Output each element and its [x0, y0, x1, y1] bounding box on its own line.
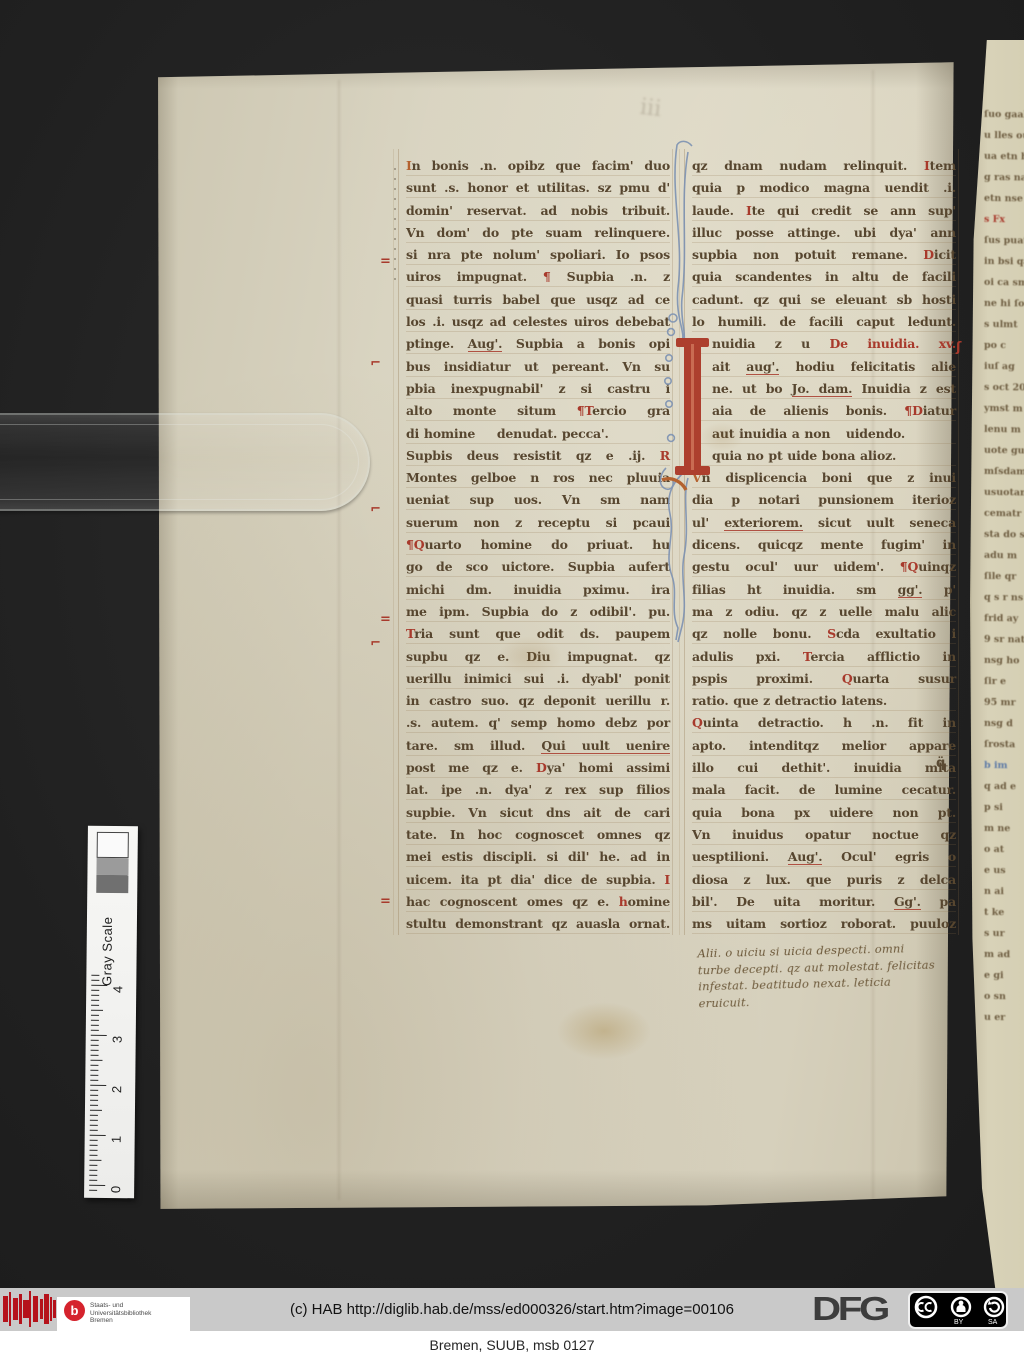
facing-page-text-line: uote gua	[964, 440, 1024, 462]
caption-strip: Bremen, SUUB, msb 0127	[0, 1331, 1024, 1358]
ruler-tick	[89, 1175, 97, 1176]
margin-mark: =	[380, 896, 391, 908]
ruler-tick	[89, 1190, 97, 1191]
cc-license-badge: BY SA	[908, 1291, 1008, 1329]
shelfmark-caption: Bremen, SUUB, msb 0127	[0, 1337, 1024, 1353]
pricking-dot	[394, 198, 396, 200]
manuscript-line: tare. sm illud. Qui uult uenire	[406, 735, 670, 757]
manuscript-line: ueniat sup uos. Vn sm nam	[406, 489, 670, 511]
manuscript-text: .s. autem. q' semp homo debz por	[406, 715, 670, 730]
manuscript-text: qz dnam nudam relinquit.	[692, 158, 924, 173]
ruler-tick	[91, 1050, 99, 1051]
ruler-tick	[90, 1070, 98, 1071]
ruler-tick	[90, 1125, 98, 1126]
manuscript-line: apto. intenditqz melior appare	[692, 735, 956, 757]
manuscript-text: michi dm. inuidia pximu. ira	[406, 582, 670, 597]
manuscript-line: Vn dom' do pte suam relinquere.	[406, 222, 670, 244]
manuscript-text: pa	[921, 894, 956, 909]
manuscript-line: gestu ocul' uur uidem'. ¶Quinqz	[692, 556, 956, 578]
manuscript-line: uiros impugnat. ¶ Supbia .n. z	[406, 266, 670, 288]
manuscript-text: p'	[922, 582, 956, 597]
facing-page-text-line: s ur	[964, 923, 1024, 945]
rubric-text: ¶	[900, 559, 908, 574]
page-holder-clamp	[0, 413, 370, 511]
ruler-tick	[90, 1060, 102, 1061]
manuscript-text: hac cognoscent omes qz e.	[406, 894, 619, 909]
manuscript-text: suerum non z receptu si pcaui	[406, 515, 670, 530]
manuscript-text: exteriorem.	[724, 515, 803, 531]
manuscript-line: In bonis .n. opibz que facim' duo	[406, 155, 670, 177]
manuscript-text: domin' reservat. ad nobis tribuit.	[406, 203, 670, 218]
cc-icon	[916, 1297, 936, 1317]
facing-page-text-line: q s r ns	[964, 587, 1024, 609]
manuscript-text: ms uitam sortioz roborat. puuloz	[692, 916, 956, 931]
rubric-text: D	[912, 403, 923, 418]
rubric-text: Q	[842, 671, 853, 686]
facing-page-text-line: sta do s	[964, 524, 1024, 546]
ruler-tick	[90, 1130, 98, 1131]
facing-page-text-line: b im	[964, 755, 1024, 777]
facing-page-text-line: nsg d	[964, 713, 1024, 735]
manuscript-text: Inuidia z est	[852, 381, 956, 396]
manuscript-text: aia de alienis bonis.	[712, 403, 904, 418]
manuscript-line: di homine denudat. pecca'.	[406, 423, 670, 445]
rubric-text: D	[923, 247, 934, 262]
manuscript-line: cadunt. qz qui se eleuant sb hosti	[692, 289, 956, 311]
manuscript-text: hodiu felicitatis alie	[779, 359, 956, 374]
facing-page-text-line: iuſ ag	[964, 356, 1024, 378]
facing-page-text-line: ſile qr	[964, 566, 1024, 588]
manuscript-line: bil'. De uita moritur. Gg'. pa	[692, 891, 956, 913]
manuscript-text: pspis proximi.	[692, 671, 842, 686]
manuscript-line: illo cui dethit'. inuidia mlta	[692, 757, 956, 779]
facing-page-text-line: g ras nab lo	[964, 167, 1024, 189]
margin-mark: =	[380, 256, 391, 268]
facing-page-text-line: q ad e	[964, 776, 1024, 798]
ruler-tick	[90, 1090, 98, 1091]
margin-mark: q̈	[936, 758, 945, 770]
manuscript-text: dia p notari punsionem iterioz	[692, 492, 956, 507]
ruler-tick	[91, 1035, 107, 1036]
pricking-dot	[394, 208, 396, 210]
rubric-text: h	[619, 894, 628, 909]
facing-page-text-line: ua etn be	[964, 146, 1024, 168]
manuscript-text: stultu demonstrant qz auasla ornat.	[406, 916, 670, 931]
manuscript-text: ait	[712, 359, 746, 374]
manuscript-text: si nra pte nolum' spoliari. Io psos	[406, 247, 670, 262]
manuscript-line: Montes gelboe n ros nec pluuia	[406, 467, 670, 489]
parchment-stain	[556, 1002, 652, 1060]
rubric-text: De inuidia. xv.	[829, 336, 956, 351]
dfg-logo: DFG	[812, 1289, 887, 1329]
manuscript-line: quasi turris babel que usqz ad ce	[406, 289, 670, 311]
ruler-tick	[91, 1045, 99, 1046]
pricking-dot	[394, 248, 396, 250]
margin-mark: ⌐	[370, 504, 381, 516]
faint-folio-mark: iii	[639, 95, 663, 122]
manuscript-text: cadunt. qz qui se eleuant sb hosti	[692, 292, 956, 307]
manuscript-line: ul' exteriorem. sicut uult seneca	[692, 512, 956, 534]
facing-page-text-line: e gi	[964, 965, 1024, 987]
pricking-dot	[394, 218, 396, 220]
gray-patch-white	[97, 832, 129, 858]
rubric-text: ¶	[406, 537, 414, 552]
facing-page-text-line: mſsdam	[964, 461, 1024, 483]
manuscript-text: ueniat sup uos. Vn sm nam	[406, 492, 670, 507]
manuscript-line: ms uitam sortioz roborat. puuloz	[692, 913, 956, 935]
parchment-stain	[498, 636, 562, 676]
facing-page-text-line: s Fx	[964, 209, 1024, 231]
manuscript-line: si nra pte nolum' spoliari. Io psos	[406, 244, 670, 266]
manuscript-line: hac cognoscent omes qz e. homine	[406, 891, 670, 913]
manuscript-line: adulis pxi. Tercia afflictio in	[692, 646, 956, 668]
ruler-tick	[91, 1025, 99, 1026]
pricking-dot	[394, 268, 396, 270]
manuscript-text: uinta detractio. h .n. fit in	[703, 715, 956, 730]
ruler-tick	[90, 1140, 98, 1141]
manuscript-text: bus insidiatur ut pereant. Vn su	[406, 359, 670, 374]
facing-page-text-line: ſrosta	[964, 734, 1024, 756]
manuscript-line: sunt .s. honor et utilitas. sz pmu d'	[406, 177, 670, 199]
by-icon	[952, 1298, 970, 1316]
facing-page-text-line: 95 mr	[964, 692, 1024, 714]
manuscript-text: lo humili. de facili caput ledunt.	[692, 314, 956, 329]
manuscript-line: quia bona px uidere non pt.	[692, 802, 956, 824]
manuscript-text: sicut uult seneca	[803, 515, 956, 530]
manuscript-text: n bonis .n. opibz que facim' duo	[412, 158, 670, 173]
manuscript-text: illuc posse attinge. ubi dya' ann	[692, 225, 956, 240]
manuscript-line: pbia inexpugnabil' z si castru i	[406, 378, 670, 400]
pricking-dot	[394, 168, 396, 170]
manuscript-line: ait aug'. hodiu felicitatis alie	[692, 356, 956, 378]
manuscript-text: supbie. Vn sicut dns ait de cari	[406, 805, 670, 820]
manuscript-text: los .i. usqz ad celestes uiros debebat	[406, 314, 670, 329]
manuscript-line: Supbis deus resistit qz e .ij. R	[406, 445, 670, 467]
margin-mark: ⌐	[370, 638, 381, 650]
parchment-crease	[338, 80, 340, 1200]
manuscript-text: omine	[628, 894, 670, 909]
manuscript-text: ptinge.	[406, 336, 468, 351]
manuscript-line: filias ht inuidia. sm gg'. p'	[692, 579, 956, 601]
ruler-tick	[90, 1075, 98, 1076]
ruler-tick	[91, 990, 99, 991]
ruler-tick	[90, 1065, 98, 1066]
ruler-tick	[91, 1015, 99, 1016]
manuscript-text: tate. In hoc cognoscet omnes qz	[406, 827, 670, 842]
ruler-tick	[89, 1160, 101, 1161]
margin-mark: =	[380, 614, 391, 626]
facing-page-text-line: s oct 20	[964, 377, 1024, 399]
manuscript-line: los .i. usqz ad celestes uiros debebat	[406, 311, 670, 333]
manuscript-line: supbia non potuit remane. Dicit	[692, 244, 956, 266]
facing-page-text-line: usuotam	[964, 482, 1024, 504]
manuscript-line: ptinge. Aug'. Supbia a bonis opi	[406, 333, 670, 355]
facing-page-text-line: lenu m ag	[964, 419, 1024, 441]
manuscript-text: filias ht inuidia. sm	[692, 582, 898, 597]
manuscript-text: go de sco uictore. Supbia aufert	[406, 559, 670, 574]
manuscript-text: icit	[934, 247, 956, 262]
manuscript-text: n displicencia boni que z inui	[702, 470, 957, 485]
facing-page-text-line: ſus puat.	[964, 230, 1024, 252]
manuscript-text: me ipm. Supbia do z odibil'. pu.	[406, 604, 670, 619]
ruler-tick-number: 4	[110, 977, 126, 993]
manuscript-line: dia p notari punsionem iterioz	[692, 489, 956, 511]
facing-page-text-line: u er	[964, 1007, 1024, 1029]
manuscript-line: uesptilioni. Aug'. Ocul' egris o	[692, 846, 956, 868]
rubric-text: D	[536, 760, 547, 775]
ruler-tick	[91, 1055, 99, 1056]
manuscript-line: aia de alienis bonis. ¶Diatur	[692, 400, 956, 422]
manuscript-text: quia bona px uidere non pt.	[692, 805, 956, 820]
manuscript-text: quia no pt uide bona alioz.	[712, 448, 896, 463]
manuscript-text: post me qz e.	[406, 760, 536, 775]
ruler-tick	[90, 1115, 98, 1116]
ruler-tick-number: 2	[109, 1077, 125, 1093]
facing-page-text-line: p si	[964, 797, 1024, 819]
facing-page-text-line: n ai	[964, 881, 1024, 903]
ruler-tick	[89, 1180, 97, 1181]
manuscript-text: Ocul' egris o	[822, 849, 956, 864]
ruler-tick	[91, 980, 99, 981]
manuscript-line: alto monte situm ¶Tercio gra	[406, 400, 670, 422]
ruler-tick	[90, 1095, 98, 1096]
facing-page-text-line: adu m	[964, 545, 1024, 567]
rubric-text: ¶	[543, 269, 551, 284]
facing-page-text-line: ne hi ſo	[964, 293, 1024, 315]
ruler-tick	[90, 1080, 98, 1081]
manuscript-line: ¶Quarto homine do priuat. hu	[406, 534, 670, 556]
manuscript-text: iatur	[923, 403, 956, 418]
facing-page-text-line: s ulmt	[964, 314, 1024, 336]
manuscript-line: michi dm. inuidia pximu. ira	[406, 579, 670, 601]
facing-page-text-line: o at	[964, 839, 1024, 861]
facing-page-text-line: etn nse ba	[964, 188, 1024, 210]
facing-page-text-line: 9 sr nat	[964, 629, 1024, 651]
red-initial-I	[675, 338, 710, 475]
pricking-dot	[394, 278, 396, 280]
manuscript-text: supbia non potuit remane.	[692, 247, 923, 262]
ruler-tick	[90, 1105, 98, 1106]
cc-sa-label: SA	[988, 1319, 997, 1326]
pricking-dot	[394, 178, 396, 180]
manuscript-line: laude. Ite qui credit se ann sup'	[692, 200, 956, 222]
manuscript-text: uarto homine do priuat. hu	[424, 537, 670, 552]
ruler-label: Gray Scale	[99, 898, 115, 986]
manuscript-text: Qui uult uenire	[541, 738, 670, 754]
ruler-tick	[89, 1155, 97, 1156]
manuscript-text: tem	[930, 158, 956, 173]
manuscript-text: di homine denudat. pecca'.	[406, 426, 609, 441]
pricking-dot	[394, 188, 396, 190]
manuscript-text: Gg'.	[894, 894, 921, 910]
manuscript-text: aug'.	[746, 359, 779, 375]
manuscript-line: lo humili. de facili caput ledunt.	[692, 311, 956, 333]
manuscript-text: Vn inuidus opatur noctue qz	[692, 827, 956, 842]
cc-by-sa-icons	[910, 1295, 1006, 1319]
digitized-manuscript-photo: ſuo gaabu lles ou yua etn beg ras nab lo…	[0, 0, 1024, 1358]
manuscript-line: .s. autem. q' semp homo debz por	[406, 712, 670, 734]
manuscript-line: tate. In hoc cognoscet omnes qz	[406, 824, 670, 846]
manuscript-line: uicem. ita pt dia' dice de supbia. I	[406, 869, 670, 891]
manuscript-line: mei estis discipli. si dil' he. ad in	[406, 846, 670, 868]
facing-page-text-line: ſir e	[964, 671, 1024, 693]
rubric-text: Q	[692, 715, 703, 730]
ruler-tick	[89, 1185, 105, 1186]
ruler-tick	[91, 995, 99, 996]
rubric-text: I	[664, 872, 670, 887]
manuscript-line: quia p modico magna uendit .i.	[692, 177, 956, 199]
facing-page-text-line: u lles ou y	[964, 125, 1024, 147]
manuscript-line: quia scandentes in altu de facili	[692, 266, 956, 288]
manuscript-line: pspis proximi. Quarta susur	[692, 668, 956, 690]
decorated-initial-flourish	[652, 138, 714, 658]
manuscript-text: uinqz	[918, 559, 956, 574]
manuscript-line: in castro suo. qz deponit uerillu r.	[406, 690, 670, 712]
manuscript-line: qz nolle bonu. Scda exultatio i	[692, 623, 956, 645]
ruler-ticks: 43210	[88, 826, 138, 827]
ruler-tick	[91, 1040, 99, 1041]
ruler-tick	[90, 1145, 98, 1146]
manuscript-text: ya' homi assimi	[547, 760, 670, 775]
manuscript-text: dicens. quicqz mente fugim' in	[692, 537, 956, 552]
rubric-text: T	[584, 403, 592, 418]
manuscript-text: Montes gelboe n ros nec pluuia	[406, 470, 670, 485]
manuscript-text: ne. ut bo	[712, 381, 792, 396]
manuscript-text: uesptilioni.	[692, 849, 788, 864]
facing-page-text-line: po c	[964, 335, 1024, 357]
manuscript-text: Jo. dam.	[792, 381, 853, 397]
manuscript-line: bus insidiatur ut pereant. Vn su	[406, 356, 670, 378]
manuscript-text: gg'.	[898, 582, 923, 598]
pricking-dot	[394, 258, 396, 260]
margin-mark: ʃ	[956, 342, 961, 354]
cc-by-label: BY	[954, 1319, 963, 1326]
ruler-tick-number: 3	[110, 1027, 126, 1043]
grayscale-ruler: Gray Scale 43210	[84, 826, 138, 1199]
manuscript-line: post me qz e. Dya' homi assimi	[406, 757, 670, 779]
manuscript-text: te qui credit se ann sup'	[752, 203, 956, 218]
facing-page-text-line: nsg ho	[964, 650, 1024, 672]
manuscript-line: ratio. que z detractio latens.	[692, 690, 956, 712]
manuscript-line: suerum non z receptu si pcaui	[406, 512, 670, 534]
marginal-note: Alii. o uiciu si uicia despecti. omnitur…	[697, 939, 973, 1012]
margin-mark: ⌐	[370, 358, 381, 370]
manuscript-text: mala facit. de lumine cecatur.	[692, 782, 956, 797]
facing-page-text-line: ymst m b	[964, 398, 1024, 420]
manuscript-text: mei estis discipli. si dil' he. ad in	[406, 849, 670, 864]
ruler-tick	[90, 1135, 106, 1136]
facing-page-text-line: cematr	[964, 503, 1024, 525]
manuscript-line: ma z odiu. qz z uelle malu alic	[692, 601, 956, 623]
manuscript-text: in castro suo. qz deponit uerillu r.	[406, 693, 670, 708]
manuscript-line: dicens. quicqz mente fugim' in	[692, 534, 956, 556]
manuscript-text: illo cui dethit'. inuidia mlta	[692, 760, 956, 775]
facing-page-text-line: ſuo gaab	[964, 104, 1024, 126]
manuscript-line: go de sco uictore. Supbia aufert	[406, 556, 670, 578]
ruler-tick-number: 1	[109, 1127, 125, 1143]
pricking-dot	[394, 238, 396, 240]
rubric-text: S	[827, 626, 836, 641]
manuscript-text: lat. ipe .n. dya' z rex sup filios	[406, 782, 670, 797]
manuscript-line: mala facit. de lumine cecatur.	[692, 779, 956, 801]
ruler-tick	[91, 1000, 99, 1001]
rubric-text: Q	[414, 537, 425, 552]
manuscript-text: Aug'.	[788, 849, 823, 865]
manuscript-text: diosa z lux. que puris z delca	[692, 872, 956, 887]
ruler-tick	[90, 1085, 106, 1086]
rubric-text: ¶	[904, 403, 912, 418]
manuscript-text: ma z odiu. qz z uelle malu alic	[692, 604, 956, 619]
manuscript-text: pbia inexpugnabil' z si castru i	[406, 381, 670, 396]
manuscript-text: Vn dom' do pte suam relinquere.	[406, 225, 670, 240]
manuscript-line: lat. ipe .n. dya' z rex sup filios	[406, 779, 670, 801]
manuscript-text: uicem. ita pt dia' dice de supbia.	[406, 872, 664, 887]
manuscript-text: quia p modico magna uendit .i.	[692, 180, 956, 195]
manuscript-line: ne. ut bo Jo. dam. Inuidia z est	[692, 378, 956, 400]
gray-patch-mid	[96, 858, 128, 875]
manuscript-text: Aug'.	[468, 336, 503, 352]
ruler-tick	[89, 1165, 97, 1166]
ruler-tick	[91, 1005, 99, 1006]
manuscript-line: nuidia z u De inuidia. xv.	[692, 333, 956, 355]
facing-page-text-line: in bsi qa	[964, 251, 1024, 273]
ruler-tick	[90, 1120, 98, 1121]
ruler-tick	[90, 1100, 98, 1101]
manuscript-text: Supbia a bonis opi	[502, 336, 670, 351]
manuscript-text: uiros impugnat.	[406, 269, 543, 284]
manuscript-text: gestu ocul' uur uidem'.	[692, 559, 900, 574]
manuscript-line: stultu demonstrant qz auasla ornat.	[406, 913, 670, 935]
facing-page-text: ſuo gaabu lles ou yua etn beg ras nab lo…	[964, 104, 1024, 1028]
manuscript-text: sunt .s. honor et utilitas. sz pmu d'	[406, 180, 670, 195]
manuscript-column-left: In bonis .n. opibz que facim' duosunt .s…	[406, 155, 670, 935]
facing-page-text-line: e us	[964, 860, 1024, 882]
manuscript-line: Vn displicencia boni que z inui	[692, 467, 956, 489]
facing-page-text-line: oi ca smi	[964, 272, 1024, 294]
manuscript-text: nuidia z u	[712, 336, 829, 351]
ruler-tick	[90, 1110, 102, 1111]
pricking-dot	[394, 228, 396, 230]
manuscript-text: quia scandentes in altu de facili	[692, 269, 956, 284]
sa-icon	[985, 1298, 1003, 1316]
ruler-tick	[91, 1020, 99, 1021]
manuscript-line: diosa z lux. que puris z delca	[692, 869, 956, 891]
ruler-tick-number: 0	[108, 1177, 124, 1193]
facing-page-edge: ſuo gaabu lles ou yua etn beg ras nab lo…	[964, 40, 1024, 1288]
facing-page-text-line: o sn	[964, 986, 1024, 1008]
manuscript-line: domin' reservat. ad nobis tribuit.	[406, 200, 670, 222]
facing-page-text-line: t ke	[964, 902, 1024, 924]
facing-page-text-line: m ad	[964, 944, 1024, 966]
manuscript-text: ratio. que z detractio latens.	[692, 693, 887, 708]
manuscript-line: supbie. Vn sicut dns ait de cari	[406, 802, 670, 824]
manuscript-line: qz dnam nudam relinquit. Item	[692, 155, 956, 177]
rubric-text: Q	[908, 559, 919, 574]
manuscript-line: Vn inuidus opatur noctue qz	[692, 824, 956, 846]
gray-patch-dark	[96, 875, 128, 893]
manuscript-line: illuc posse attinge. ubi dya' ann	[692, 222, 956, 244]
library-name-line: Bremen	[90, 1317, 151, 1325]
parchment-stain	[700, 422, 744, 452]
manuscript-line: Quinta detractio. h .n. fit in	[692, 712, 956, 734]
ruler-tick	[91, 985, 107, 986]
manuscript-text: bil'. De uita moritur.	[692, 894, 894, 909]
ruler-tick	[91, 1010, 103, 1011]
credit-bar: b Staats- und Universitätsbibliothek Bre…	[0, 1288, 1024, 1332]
manuscript-text: cda exultatio i	[836, 626, 956, 641]
ruler-tick	[91, 1030, 99, 1031]
facing-page-text-line: m ne	[964, 818, 1024, 840]
